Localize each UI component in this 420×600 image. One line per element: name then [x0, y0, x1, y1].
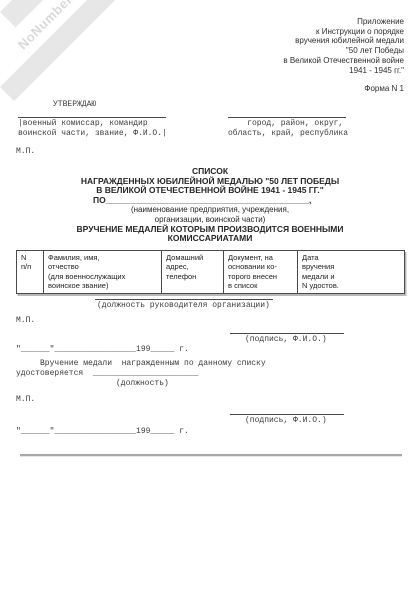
appendix-note: Приложение к Инструкции о порядке вручен…	[283, 17, 404, 75]
recipients-table: N п/п Фамилия, имя, отчество (для военно…	[16, 250, 405, 294]
document-title: СПИСОК НАГРАЖДЕННЫХ ЮБИЛЕЙНОЙ МЕДАЛЬЮ "5…	[0, 167, 420, 244]
appendix-line: 1941 - 1945 гг."	[283, 66, 404, 76]
signature-caption: (подпись, Ф.И.О.)	[245, 335, 327, 345]
signature-line-region	[228, 117, 346, 118]
org-head-caption: (должность руководителя организации)	[97, 301, 270, 311]
appendix-line: в Великой Отечественной войне	[283, 56, 404, 66]
col-header-name: Фамилия, имя, отчество (для военнослужащ…	[43, 251, 161, 293]
col-header-document: Документ, на основании ко- торого внесен…	[223, 251, 297, 293]
signature-caption: (подпись, Ф.И.О.)	[245, 416, 327, 426]
stamp-placeholder: М.П.	[16, 316, 35, 326]
appendix-line: вручения юбилейной медали	[283, 36, 404, 46]
organization-caption: (наименование предприятия, учреждения,	[0, 205, 420, 215]
signature-line-commissar	[18, 117, 166, 118]
col-header-address: Домашний адрес, телефон	[161, 251, 223, 293]
stamp-placeholder: М.П.	[16, 147, 35, 157]
signature-line-sign	[230, 333, 344, 334]
appendix-line: "50 лет Победы	[283, 46, 404, 56]
appendix-line: к Инструкции о порядке	[283, 27, 404, 37]
appendix-line: Приложение	[283, 17, 404, 27]
form-number: Форма N 1	[364, 84, 404, 93]
stamp-placeholder: М.П.	[16, 395, 35, 405]
date-blank-line: "______"_________________199_____ г.	[16, 345, 189, 355]
commissar-caption: |военный комиссар, командир воинской час…	[18, 119, 167, 139]
separator-line	[20, 454, 402, 457]
certification-text: Вручение медали награжденным по данному …	[16, 359, 266, 379]
approve-label: УТВЕРЖДАЮ	[53, 100, 96, 110]
col-header-number: N п/п	[17, 251, 43, 293]
signature-line-sign	[230, 414, 344, 415]
document-page: NoNumber.ru Приложение к Инструкции о по…	[0, 0, 420, 600]
position-caption: (должность)	[116, 379, 169, 389]
region-caption: город, район, округ, область, край, респ…	[228, 119, 348, 139]
title-line: КОМИССАРИАТАМИ	[0, 234, 420, 244]
signature-line-org-head	[95, 299, 273, 300]
col-header-date: Дата вручения медали и N удостов.	[297, 251, 404, 293]
date-blank-line: "______"_________________199_____ г.	[16, 427, 189, 437]
organization-blank-line: ПО______________________________________…	[0, 196, 420, 206]
